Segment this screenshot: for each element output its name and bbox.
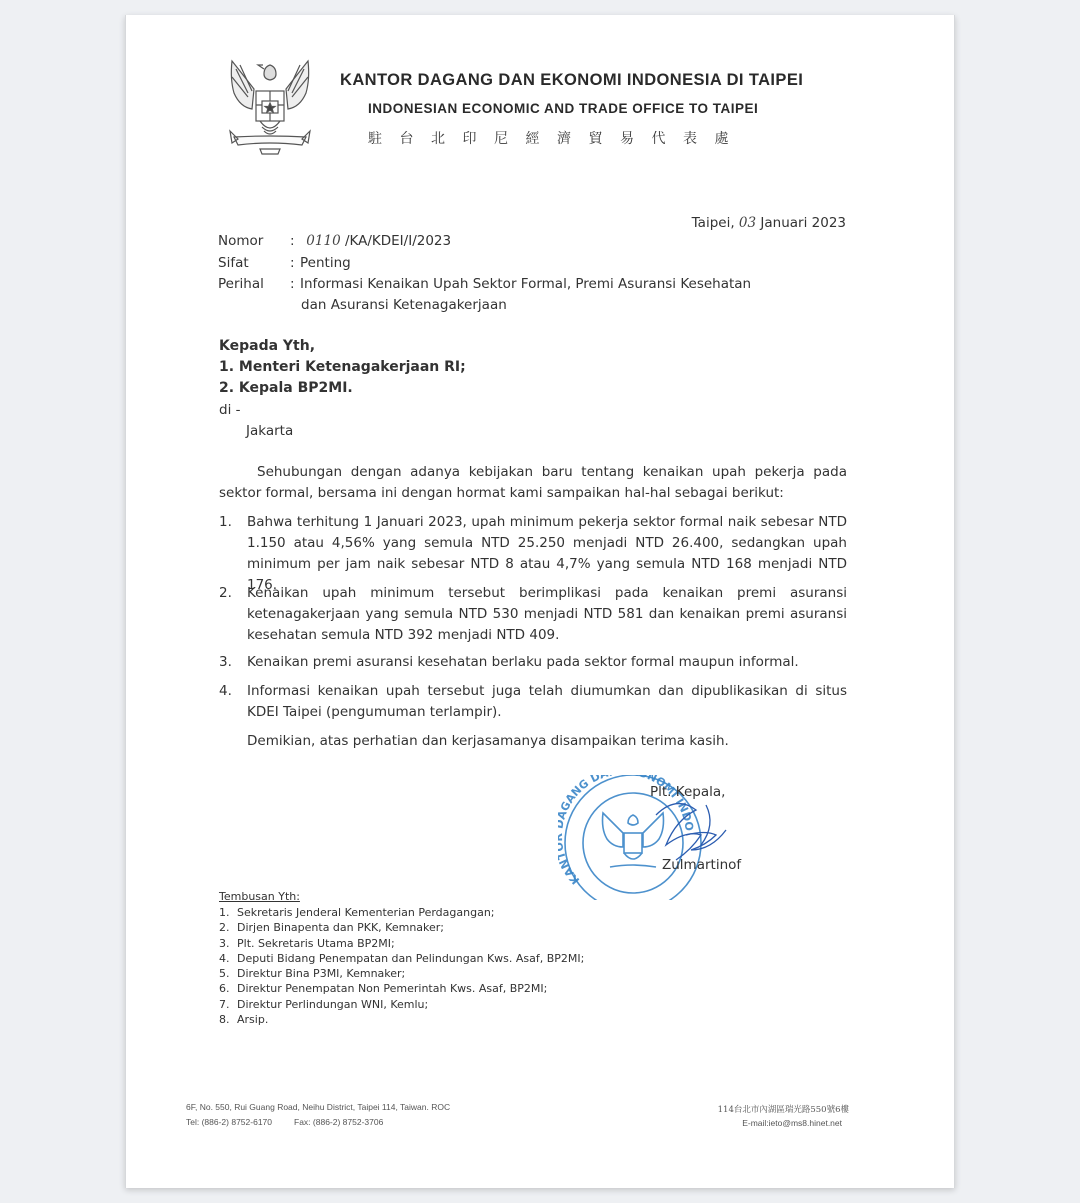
item-text: Informasi kenaikan upah tersebut juga te…	[247, 681, 847, 723]
signature-title: Plt. Kepala,	[650, 784, 725, 800]
item-number: 1.	[219, 512, 247, 533]
signature-name: Zulmartinof	[662, 857, 741, 873]
sifat-colon: :	[290, 255, 300, 271]
tembusan-item: 1.Sekretaris Jenderal Kementerian Perdag…	[219, 905, 584, 920]
perihal-colon: :	[290, 276, 300, 292]
date-place: Taipei,	[692, 215, 735, 231]
footer-contact: Tel: (886-2) 8752-6170Fax: (886-2) 8752-…	[186, 1117, 383, 1127]
footer-email: E-mail:ieto@ms8.hinet.net	[742, 1118, 842, 1128]
garuda-emblem-icon	[224, 57, 316, 160]
tembusan-item: 2.Dirjen Binapenta dan PKK, Kemnaker;	[219, 920, 584, 935]
addressee-recipient-1: 1. Menteri Ketenagakerjaan RI;	[219, 359, 466, 375]
tembusan-item: 4.Deputi Bidang Penempatan dan Pelindung…	[219, 951, 584, 966]
meta-perihal: Perihal:Informasi Kenaikan Upah Sektor F…	[218, 276, 751, 292]
letter-page: KANTOR DAGANG DAN EKONOMI INDONESIA DI T…	[125, 15, 955, 1188]
meta-nomor: Nomor: 0110 /KA/KDEI/I/2023	[218, 233, 451, 249]
perihal-label: Perihal	[218, 276, 290, 292]
addressee-recipient-2: 2. Kepala BP2MI.	[219, 380, 353, 396]
addressee-greeting: Kepada Yth,	[219, 338, 315, 354]
date-day-handwritten: 03	[739, 215, 756, 231]
addressee-di: di -	[219, 402, 240, 418]
perihal-line2: dan Asuransi Ketenagakerjaan	[301, 297, 507, 313]
item-text: Kenaikan premi asuransi kesehatan berlak…	[247, 652, 847, 673]
footer-address-chinese: 114台北市內湖區瑞光路550號6樓	[718, 1103, 849, 1115]
tembusan-item: 7.Direktur Perlindungan WNI, Kemlu;	[219, 997, 584, 1012]
sifat-value: Penting	[300, 255, 351, 271]
meta-sifat: Sifat:Penting	[218, 255, 351, 271]
body-intro: Sehubungan dengan adanya kebijakan baru …	[219, 462, 847, 504]
nomor-colon: :	[290, 233, 300, 249]
item-number: 4.	[219, 681, 247, 702]
nomor-value: /KA/KDEI/I/2023	[345, 233, 451, 249]
tembusan-item: 3.Plt. Sekretaris Utama BP2MI;	[219, 936, 584, 951]
item-number: 3.	[219, 652, 247, 673]
tembusan-item: 6.Direktur Penempatan Non Pemerintah Kws…	[219, 981, 584, 996]
addressee-city: Jakarta	[246, 423, 293, 439]
body-item-3: 3. Kenaikan premi asuransi kesehatan ber…	[219, 652, 847, 673]
letterhead-name-english: INDONESIAN ECONOMIC AND TRADE OFFICE TO …	[368, 101, 758, 116]
footer-fax: Fax: (886-2) 8752-3706	[294, 1117, 383, 1127]
body-item-4: 4. Informasi kenaikan upah tersebut juga…	[219, 681, 847, 723]
body-item-2: 2. Kenaikan upah minimum tersebut berimp…	[219, 583, 847, 646]
nomor-label: Nomor	[218, 233, 290, 249]
nomor-handwritten: 0110	[306, 233, 340, 249]
item-number: 2.	[219, 583, 247, 604]
sifat-label: Sifat	[218, 255, 290, 271]
footer-address-english: 6F, No. 550, Rui Guang Road, Neihu Distr…	[186, 1102, 450, 1112]
letterhead-name-indonesian: KANTOR DAGANG DAN EKONOMI INDONESIA DI T…	[340, 71, 803, 90]
tembusan-item: 8.Arsip.	[219, 1012, 584, 1027]
body-closing: Demikian, atas perhatian dan kerjasamany…	[247, 733, 729, 749]
footer-tel: Tel: (886-2) 8752-6170	[186, 1117, 272, 1127]
tembusan-item: 5.Direktur Bina P3MI, Kemnaker;	[219, 966, 584, 981]
date-month-year: Januari 2023	[760, 215, 846, 231]
tembusan-list: 1.Sekretaris Jenderal Kementerian Perdag…	[219, 905, 584, 1027]
item-text: Kenaikan upah minimum tersebut berimplik…	[247, 583, 847, 646]
tembusan-title: Tembusan Yth:	[219, 890, 300, 903]
letter-date: Taipei, 03 Januari 2023	[692, 215, 846, 231]
letterhead-name-chinese: 駐台北印尼經濟貿易代表處	[368, 128, 746, 148]
perihal-line1: Informasi Kenaikan Upah Sektor Formal, P…	[300, 276, 751, 292]
